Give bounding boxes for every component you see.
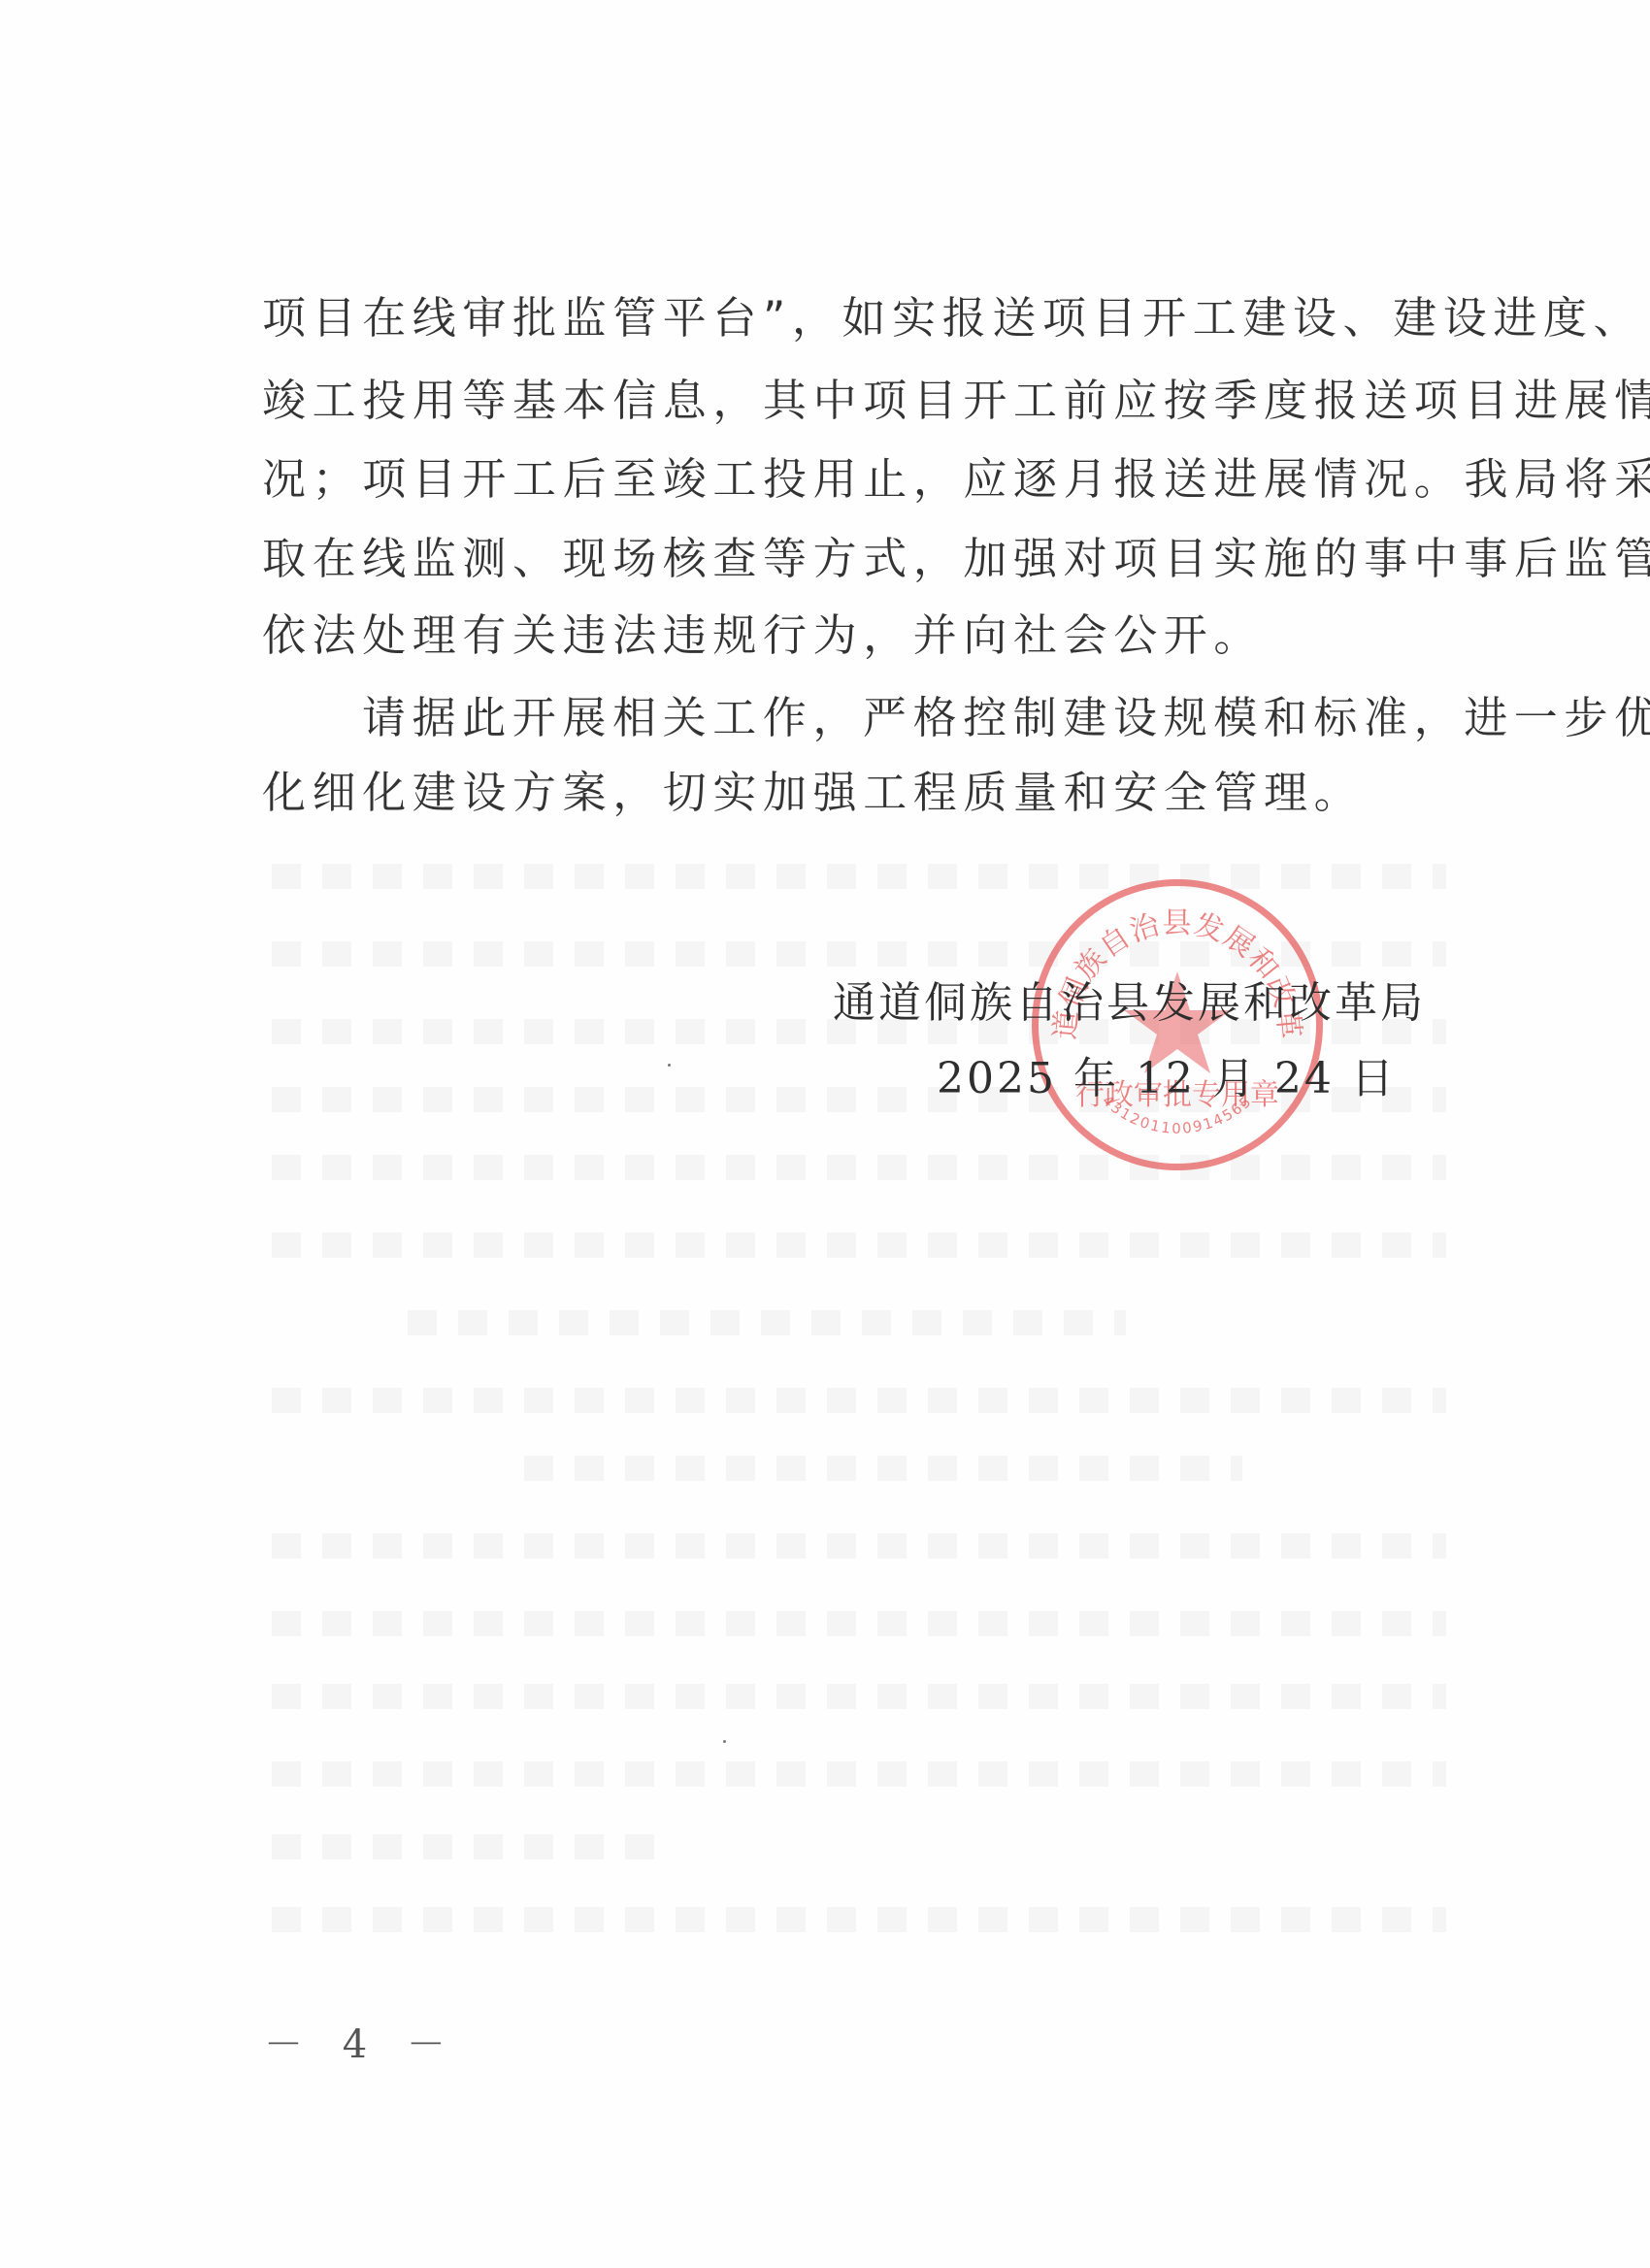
- body-line-5: 依法处理有关违法违规行为，并向社会公开。: [262, 607, 1466, 665]
- issuer-name: 通道侗族自治县发展和改革局: [833, 976, 1426, 1031]
- body-line-1: 项目在线审批监管平台”，如实报送项目开工建设、建设进度、: [262, 289, 1466, 347]
- bleed-through-line: [272, 1533, 1446, 1559]
- body-line-7: 化细化建设方案，切实加强工程质量和安全管理。: [262, 764, 1466, 822]
- bleed-through-line: [272, 1761, 1446, 1787]
- issue-date: 2025 年 12 月 24 日: [937, 1052, 1397, 1106]
- body-line-4: 取在线监测、现场核查等方式，加强对项目实施的事中事后监管，: [262, 530, 1466, 588]
- speck: [723, 1740, 726, 1743]
- body-line-3: 况；项目开工后至竣工投用止，应逐月报送进展情况。我局将采: [262, 450, 1466, 509]
- page-number: － 4 －: [264, 2014, 459, 2069]
- bleed-through-line: [272, 1907, 1446, 1932]
- body-line-2: 竣工投用等基本信息，其中项目开工前应按季度报送项目进展情: [262, 372, 1466, 430]
- bleed-through-line: [272, 1684, 1446, 1709]
- bleed-through-line: [272, 1388, 1446, 1413]
- speck: [668, 1064, 671, 1067]
- body-line-6: 请据此开展相关工作，严格控制建设规模和标准，进一步优: [262, 689, 1466, 747]
- bleed-through-line: [524, 1456, 1242, 1481]
- bleed-through-line: [408, 1310, 1126, 1335]
- bleed-through-line: [272, 1611, 1446, 1636]
- bleed-through-line: [272, 1233, 1446, 1258]
- document-page: 项目在线审批监管平台”，如实报送项目开工建设、建设进度、 竣工投用等基本信息，其…: [0, 0, 1650, 2268]
- bleed-through-line: [272, 1834, 660, 1859]
